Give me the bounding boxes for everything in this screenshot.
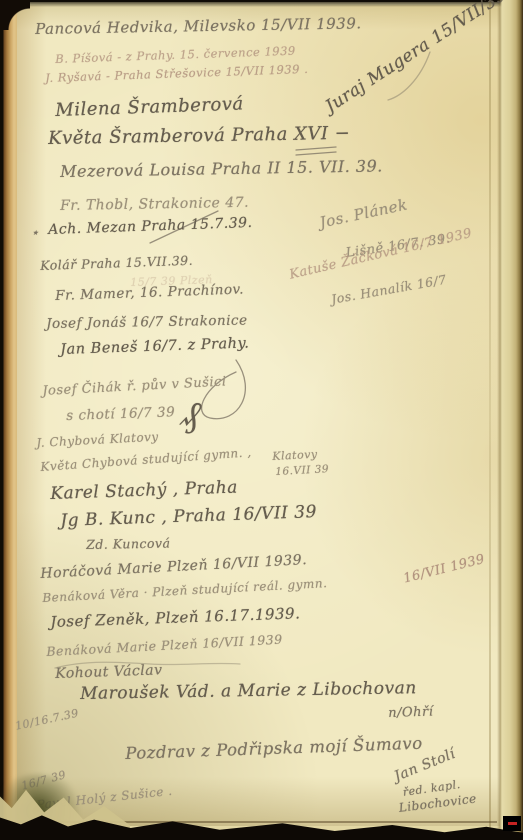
signature-entry: Klatovy [272, 448, 318, 463]
scan-marker-dash [508, 822, 517, 825]
page-right-edge [497, 0, 523, 840]
signature-entry: n/Ohří [388, 704, 434, 721]
signature-entry: Fr. Thobl, Strakonice 47. [60, 195, 249, 214]
scan-border-corner [0, 0, 30, 30]
scan-marker-icon [503, 816, 521, 831]
scanned-guestbook-page: Pancová Hedvika, Milevsko 15/VII 1939. B… [0, 0, 523, 840]
book-binding [0, 0, 17, 840]
page-crease [489, 0, 491, 840]
signature-entry: Zd. Kuncová [86, 536, 171, 552]
margin-mark: ٭ [32, 226, 38, 239]
scan-border-top [0, 0, 523, 7]
